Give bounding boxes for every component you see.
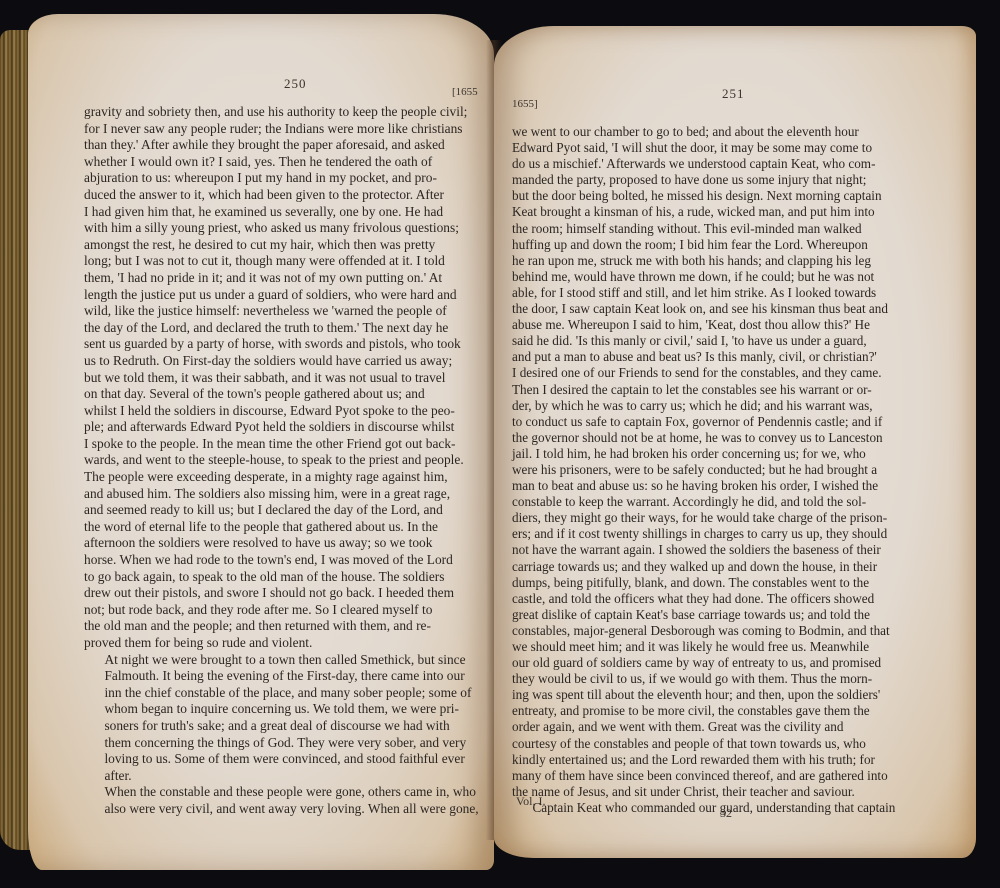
- paragraph-continued: we went to our chamber to go to bed; and…: [512, 124, 942, 800]
- text-line: whom began to inquire concerning us. We …: [84, 701, 482, 718]
- text-line: our old guard of soldiers came by way of…: [512, 655, 942, 671]
- text-line: not; but rode back, and they rode after …: [84, 602, 482, 619]
- text-line: The people were exceeding desperate, in …: [84, 469, 482, 486]
- text-line: able, for I stood stiff and still, and l…: [512, 285, 942, 301]
- text-line: horse. When we had rode to the town's en…: [84, 552, 482, 569]
- text-line: jail. I told him, he had broken his orde…: [512, 446, 942, 462]
- text-line: wild, like the justice himself: neverthe…: [84, 303, 482, 320]
- text-line: we went to our chamber to go to bed; and…: [512, 124, 942, 140]
- text-line: ing was spent till about the eleventh ho…: [512, 687, 942, 703]
- text-line: with him a silly young priest, who asked…: [84, 220, 482, 237]
- text-line: duced the answer to it, which had been g…: [84, 187, 482, 204]
- text-line: manded the party, proposed to have done …: [512, 172, 942, 188]
- text-line: to conduct us safe to captain Fox, gover…: [512, 414, 942, 430]
- text-line: Falmouth. It being the evening of the Fi…: [84, 668, 482, 685]
- text-line: huffing up and down the room; I bid him …: [512, 237, 942, 253]
- text-line: us to Redruth. On First-day the soldiers…: [84, 353, 482, 370]
- text-line: length the justice put us under a guard …: [84, 287, 482, 304]
- page-number: 251: [722, 86, 745, 102]
- text-line: Edward Pyot said, 'I will shut the door,…: [512, 140, 942, 156]
- right-page: 251 1655] we went to our chamber to go t…: [494, 26, 976, 858]
- text-line: behind me, would have thrown me down, if…: [512, 269, 942, 285]
- text-line: proved them for being so rude and violen…: [84, 635, 482, 652]
- text-line: but we told them, it was their sabbath, …: [84, 370, 482, 387]
- text-line: courtesy of the constables and people of…: [512, 736, 942, 752]
- text-line: entreaty, and promise to be more civil, …: [512, 703, 942, 719]
- text-line: whilst I held the soldiers in discourse,…: [84, 403, 482, 420]
- body-text: we went to our chamber to go to bed; and…: [512, 124, 942, 816]
- signature-mark: Vol. I.: [516, 794, 545, 809]
- text-line: When the constable and these people were…: [84, 784, 482, 801]
- text-line: and seemed ready to kill us; but I decla…: [84, 502, 482, 519]
- text-line: we should meet him; and it was likely he…: [512, 639, 942, 655]
- text-line: the governor should not be at home, he w…: [512, 430, 942, 446]
- text-line: drew out their pistols, and swore I shou…: [84, 585, 482, 602]
- text-line: Then I desired the captain to let the co…: [512, 382, 942, 398]
- text-line: long; but I was not to cut it, though ma…: [84, 253, 482, 270]
- open-book-photo: 250 [1655 gravity and sobriety then, and…: [0, 0, 1000, 888]
- text-line: not have the warrant again. I showed the…: [512, 542, 942, 558]
- text-line: constables, major-general Desborough was…: [512, 623, 942, 639]
- text-line: afternoon the soldiers were resolved to …: [84, 535, 482, 552]
- text-line: the door, I saw captain Keat look on, an…: [512, 301, 942, 317]
- text-line: also were very civil, and went away very…: [84, 801, 482, 818]
- text-line: castle, and told the officers what they …: [512, 591, 942, 607]
- text-line: abuse me. Whereupon I said to him, 'Keat…: [512, 317, 942, 333]
- text-line: and abused him. The soldiers also missin…: [84, 486, 482, 503]
- text-line: diers, they might go their ways, for he …: [512, 510, 942, 526]
- text-line: than they.' After awhile they brought th…: [84, 137, 482, 154]
- text-line: they would be civil to us, if we would g…: [512, 671, 942, 687]
- text-line: der, by which he was to carry us; which …: [512, 398, 942, 414]
- text-line: great dislike of captain Keat's base car…: [512, 607, 942, 623]
- text-line: on that day. Several of the town's peopl…: [84, 386, 482, 403]
- text-line: amongst the rest, he desired to cut my h…: [84, 237, 482, 254]
- text-line: many of them have since been convinced t…: [512, 768, 942, 784]
- text-line: after.: [84, 768, 482, 785]
- text-line: I spoke to the people. In the mean time …: [84, 436, 482, 453]
- running-head-year: 1655]: [512, 98, 538, 110]
- page-number: 250: [284, 76, 307, 92]
- text-line: ers; and if it cost twenty shillings in …: [512, 526, 942, 542]
- text-line: ple; and afterwards Edward Pyot held the…: [84, 419, 482, 436]
- text-line: Keat brought a kinsman of his, a rude, w…: [512, 204, 942, 220]
- text-line: to go back again, to speak to the old ma…: [84, 569, 482, 586]
- text-line: At night we were brought to a town then …: [84, 652, 482, 669]
- text-line: whether I would own it? I said, yes. The…: [84, 154, 482, 171]
- text-line: the room; himself standing without. This…: [512, 221, 942, 237]
- text-line: gravity and sobriety then, and use his a…: [84, 104, 482, 121]
- text-line: them, 'I had no pride in it; and it was …: [84, 270, 482, 287]
- text-line: I desired one of our Friends to send for…: [512, 365, 942, 381]
- text-line: abjuration to us: whereupon I put my han…: [84, 170, 482, 187]
- text-line: do us a mischief.' Afterwards we underst…: [512, 156, 942, 172]
- paragraph-continued: gravity and sobriety then, and use his a…: [84, 104, 482, 652]
- text-line: the name of Jesus, and sit under Christ,…: [512, 784, 942, 800]
- text-line: dumps, being pitifully, blank, and down.…: [512, 575, 942, 591]
- signature-number: 32: [720, 806, 732, 821]
- left-page: 250 [1655 gravity and sobriety then, and…: [28, 14, 494, 870]
- text-line: carriage towards us; and they walked up …: [512, 559, 942, 575]
- book-page-edges: [0, 30, 30, 850]
- text-line: loving to us. Some of them were convince…: [84, 751, 482, 768]
- text-line: kindly entertained us; and the Lord rewa…: [512, 752, 942, 768]
- paragraph: When the constable and these people were…: [84, 784, 482, 817]
- text-line: constable to keep the warrant. According…: [512, 494, 942, 510]
- text-line: them concerning the things of God. They …: [84, 735, 482, 752]
- text-line: sent us guarded by a party of horse, wit…: [84, 336, 482, 353]
- body-text: gravity and sobriety then, and use his a…: [84, 104, 482, 818]
- paragraph: At night we were brought to a town then …: [84, 652, 482, 785]
- text-line: and put a man to abuse and beat us? Is t…: [512, 349, 942, 365]
- text-line: man to beat and abuse us: so he having b…: [512, 478, 942, 494]
- text-line: the old man and the people; and then ret…: [84, 618, 482, 635]
- text-line: but the door being bolted, he missed his…: [512, 188, 942, 204]
- text-line: said he did. 'Is this manly or civil,' s…: [512, 333, 942, 349]
- text-line: the day of the Lord, and declared the tr…: [84, 320, 482, 337]
- text-line: order again, and we went with them. Grea…: [512, 719, 942, 735]
- text-line: he ran upon me, struck me with both his …: [512, 253, 942, 269]
- running-head-year: [1655: [452, 86, 478, 98]
- text-line: inn the chief constable of the place, an…: [84, 685, 482, 702]
- text-line: soners for truth's sake; and a great dea…: [84, 718, 482, 735]
- text-line: the word of eternal life to the people t…: [84, 519, 482, 536]
- text-line: were his prisoners, were to be safely co…: [512, 462, 942, 478]
- text-line: for I never saw any people ruder; the In…: [84, 121, 482, 138]
- text-line: wards, and went to the steeple-house, to…: [84, 452, 482, 469]
- text-line: I had given him that, he examined us sev…: [84, 204, 482, 221]
